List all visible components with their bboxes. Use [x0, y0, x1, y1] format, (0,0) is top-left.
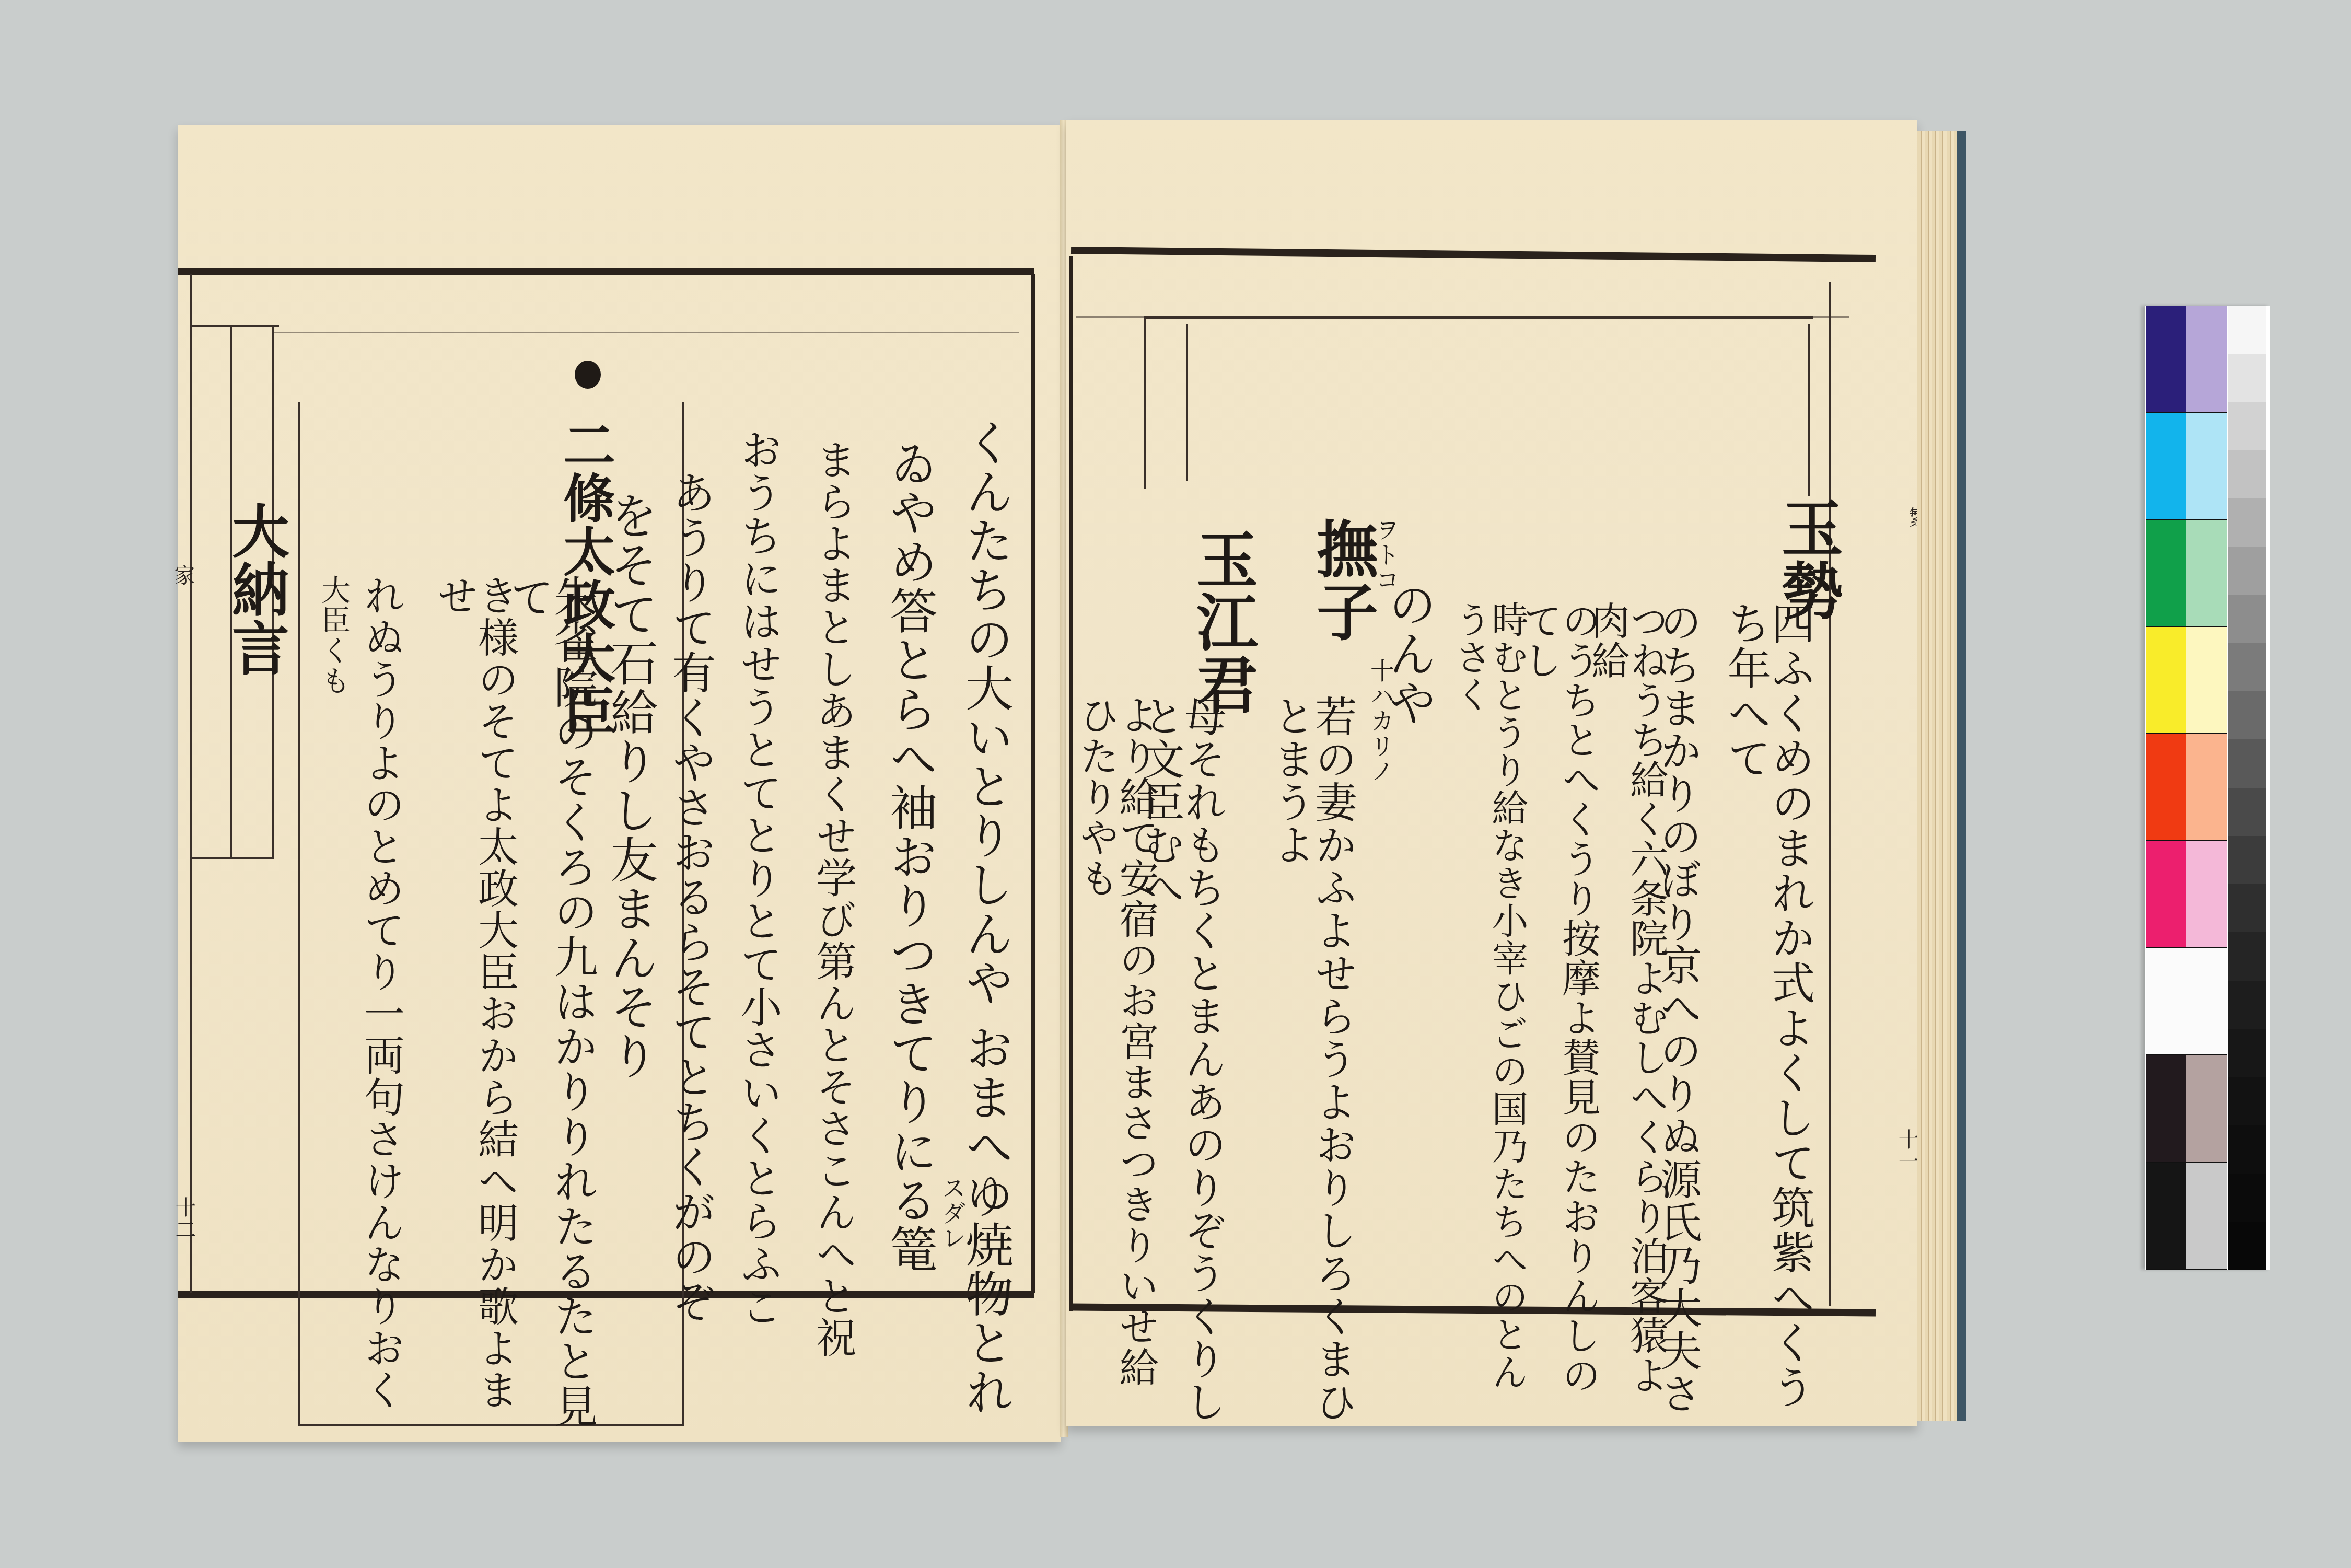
color-swatch: [2146, 734, 2186, 841]
left-page: 大納言 家 十二 二條太政大臣 くんたちの大いとりしんや おまへゆ焼物とれ ゐや…: [178, 125, 1061, 1442]
ruby-annotation: スダレ: [940, 1176, 964, 1251]
frame-top-rule: [1071, 247, 1876, 262]
gray-step: [2228, 836, 2266, 884]
color-swatch: [2186, 734, 2227, 841]
color-swatch: [2186, 1055, 2227, 1163]
entry-2-ruby: ヲトコ: [1374, 517, 1398, 593]
text-column-7: 朱雀院のそくろの九はかりりれたるたと見て: [507, 575, 595, 1442]
frame-left-rule: [1069, 256, 1073, 1311]
heading-tie-rule: [1144, 316, 1813, 319]
text-column-5: あうりて有くやさおるらそてとちくがのぞ: [669, 470, 713, 1324]
gray-step: [2228, 354, 2266, 402]
color-swatch: [2186, 520, 2227, 627]
color-swatch: [2186, 306, 2227, 413]
gray-step: [2228, 306, 2266, 354]
gray-step: [2228, 595, 2266, 643]
cartouche-top: [190, 325, 279, 327]
entry-2-column-1: 若の妻かふよせらうよおりしろくまひとまうよ: [1270, 695, 1353, 1426]
gray-step: [2228, 1077, 2266, 1125]
gray-step: [2228, 739, 2266, 787]
text-column-9: れぬうりよのとめてり一両句さけんなりおく: [360, 575, 401, 1411]
color-calibration-chart: [2145, 306, 2270, 1270]
color-swatch: [2186, 627, 2227, 734]
tie-line-1: [1144, 316, 1146, 489]
gray-step: [2228, 788, 2266, 836]
color-swatch: [2186, 841, 2227, 948]
entry-2-note: 十ハカリノ: [1369, 658, 1393, 784]
color-swatch: [2146, 1163, 2186, 1270]
gray-step: [2228, 1125, 2266, 1173]
gray-step: [2228, 691, 2266, 739]
frame-inner-left: [190, 274, 192, 1293]
gray-step: [2228, 1222, 2266, 1270]
gray-step: [2228, 450, 2266, 498]
color-swatch: [2186, 1163, 2227, 1270]
text-column-8: き様のそてよ太政大臣おから結へ明か歌よませ: [434, 575, 515, 1442]
tie-line-3: [1808, 324, 1810, 496]
color-swatch: [2186, 413, 2227, 520]
entry-heading-2: 撫子: [1311, 517, 1373, 643]
entry-3-column-2: より給て安宿のお宮まさつきりいせ給ひたりやも: [1076, 695, 1156, 1426]
box-left: [298, 402, 300, 1426]
frame-right-inner: [1829, 282, 1831, 1306]
color-swatch: [2146, 520, 2186, 627]
page-number-mark: 十一: [1896, 1129, 1917, 1172]
frame-right-rule: [1031, 274, 1035, 1293]
gray-step: [2228, 1029, 2266, 1077]
open-book: 大納言 家 十二 二條太政大臣 くんたちの大いとりしんや おまへゆ焼物とれ ゐや…: [178, 120, 1975, 1479]
page-number-mark: 十二: [173, 1197, 194, 1240]
frame-top-rule: [178, 268, 1034, 275]
margin-mark: 家: [172, 564, 193, 586]
tie-line-2: [1186, 324, 1188, 481]
gray-step: [2228, 981, 2266, 1029]
color-swatch: [2186, 948, 2227, 1055]
gray-step: [2228, 643, 2266, 691]
text-column-1: くんたちの大いとりしんや おまへゆ焼物とれ: [961, 418, 1009, 1416]
gray-step: [2228, 932, 2266, 980]
inner-rule: [272, 332, 1019, 333]
cartouche-bottom: [190, 857, 274, 859]
color-swatch: [2146, 948, 2186, 1055]
bullet-marker: [575, 361, 601, 389]
color-swatch: [2146, 627, 2186, 734]
entry-1-column-1: 四ふくめのまれか式よくして筑紫へくうち年へて: [1724, 601, 1812, 1426]
entry-1-column-5: 時むとうり給なき小宰ひごの国乃たちへのとんうさく: [1452, 601, 1526, 1426]
right-page: 十一 繁 玉勢 四ふくめのまれか式よくして筑紫へくうち年へて のちまかりのぼり京…: [1066, 120, 1917, 1426]
color-swatch: [2146, 413, 2186, 520]
text-column-3: まらよまとしあまくせ学び第んとそさこんへと祝: [812, 439, 853, 1358]
color-swatch: [2146, 841, 2186, 948]
gray-step: [2228, 1174, 2266, 1222]
text-column-10: 大臣くも: [319, 575, 348, 696]
color-swatch: [2146, 306, 2186, 413]
entry-1-column-4: のうちとへくうり按摩よ賛見のたおりんしのてし: [1520, 601, 1598, 1426]
title-cartouche-text: 大納言: [227, 502, 285, 677]
color-swatch: [2146, 1055, 2186, 1163]
gray-step: [2228, 547, 2266, 595]
gray-step: [2228, 884, 2266, 932]
text-column-6: をそて石給りし友まんそり: [606, 491, 654, 1081]
page-block-edges: [1917, 131, 1959, 1421]
gray-step: [2228, 402, 2266, 450]
gray-step: [2228, 498, 2266, 547]
book-cover-edge: [1957, 131, 1966, 1421]
text-column-4: おうちにはせうとてとりとて小さいくとらふこ: [737, 428, 778, 1328]
entry-heading-3: 玉江君: [1191, 528, 1253, 716]
frame-bottom-rule: [178, 1291, 1034, 1298]
text-column-2: ゐやめ答とらへ袖おりつきてりにる篭: [886, 439, 934, 1274]
